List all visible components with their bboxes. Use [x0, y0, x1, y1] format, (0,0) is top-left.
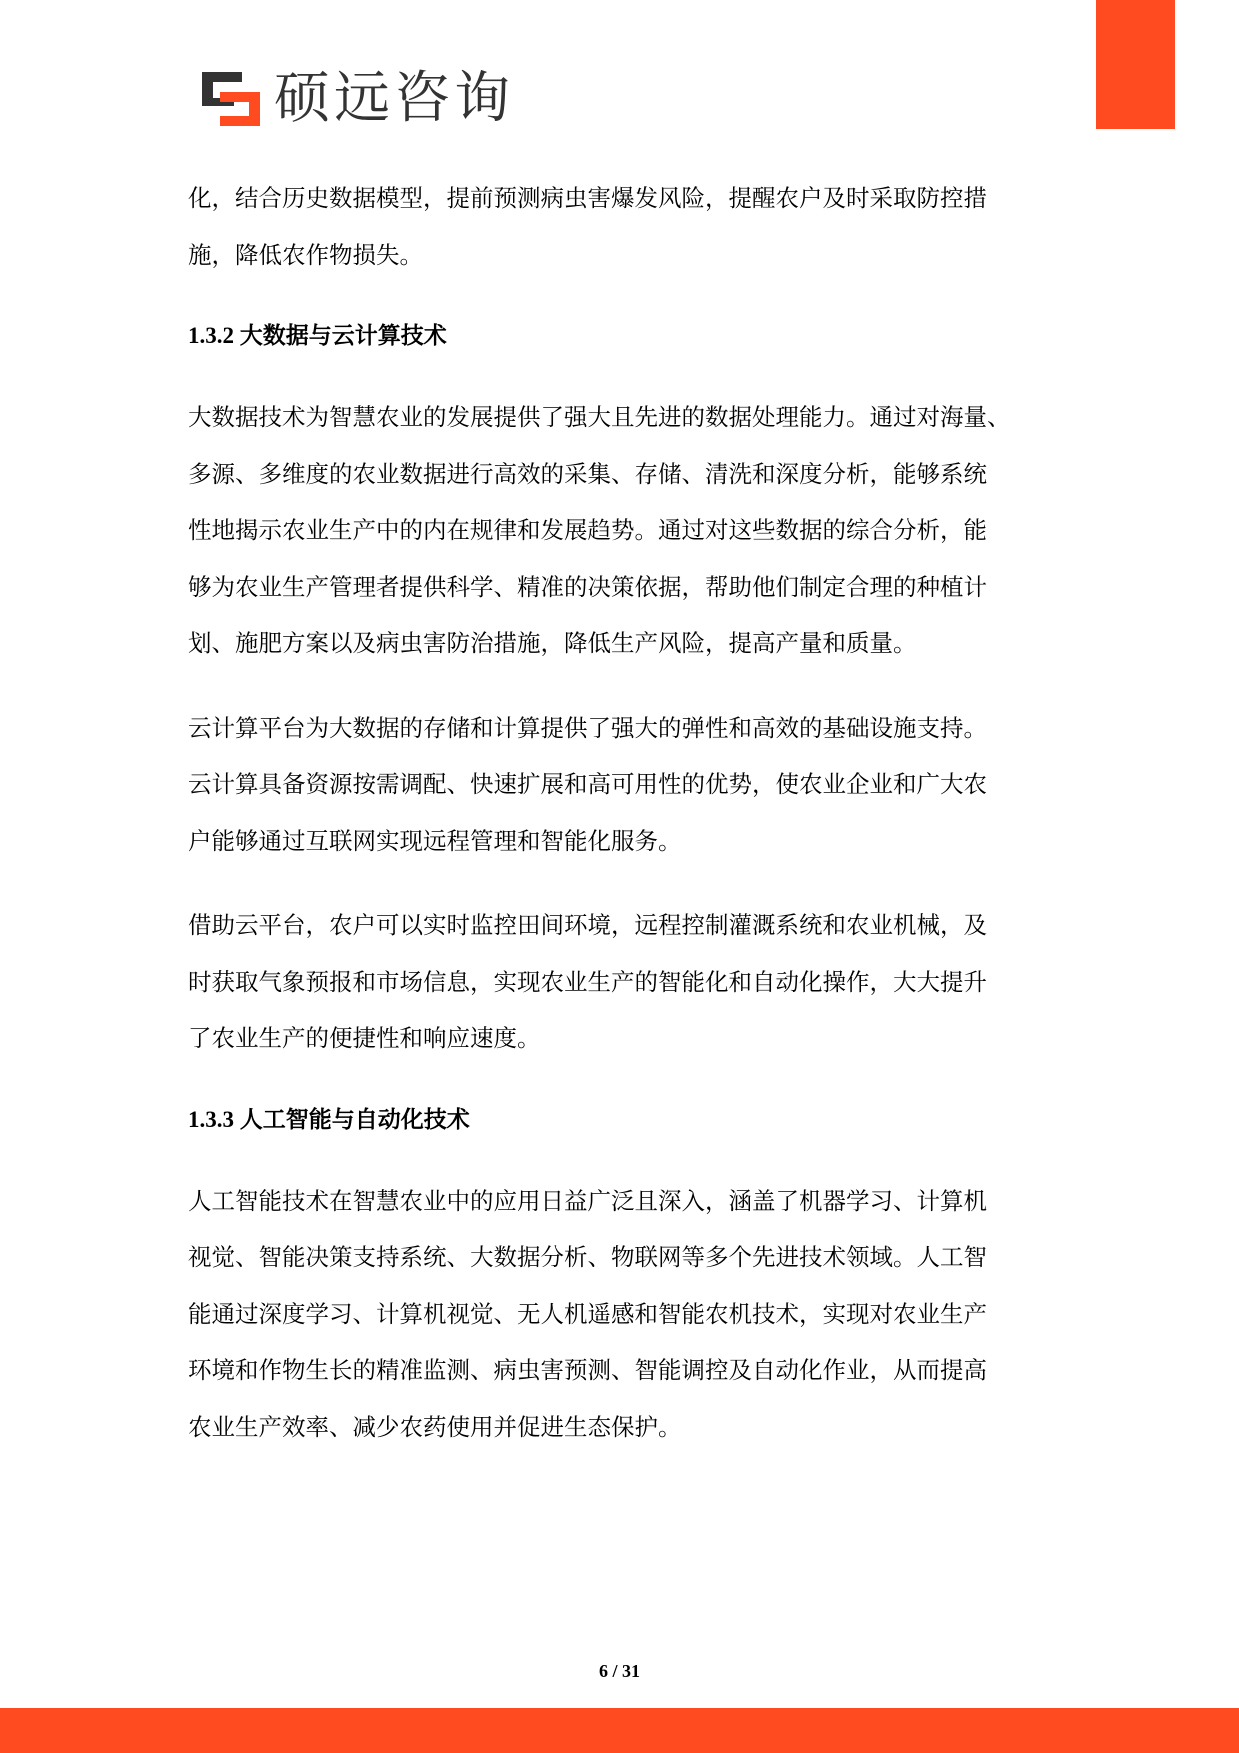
text-line: 够为农业生产管理者提供科学、精准的决策依据，帮助他们制定合理的种植计 — [188, 559, 1048, 616]
logo-mark-icon — [202, 72, 260, 126]
text-line: 大数据技术为智慧农业的发展提供了强大且先进的数据处理能力。通过对海量、 — [188, 389, 1048, 446]
section-heading-1-3-2: 1.3.2 大数据与云计算技术 — [188, 321, 1048, 351]
section-number: 1.3.3 — [188, 1107, 234, 1132]
paragraph: 人工智能技术在智慧农业中的应用日益广泛且深入，涵盖了机器学习、计算机 视觉、智能… — [188, 1173, 1048, 1456]
text-line: 时获取气象预报和市场信息，实现农业生产的智能化和自动化操作，大大提升 — [188, 954, 1048, 1011]
intro-paragraph: 化，结合历史数据模型，提前预测病虫害爆发风险，提醒农户及时采取防控措 施，降低农… — [188, 170, 1048, 283]
text-line: 多源、多维度的农业数据进行高效的采集、存储、清洗和深度分析，能够系统 — [188, 446, 1048, 503]
paragraph: 借助云平台，农户可以实时监控田间环境，远程控制灌溉系统和农业机械，及 时获取气象… — [188, 897, 1048, 1067]
text-line: 了农业生产的便捷性和响应速度。 — [188, 1010, 1048, 1067]
text-line: 云计算平台为大数据的存储和计算提供了强大的弹性和高效的基础设施支持。 — [188, 700, 1048, 757]
section-number: 1.3.2 — [188, 323, 234, 348]
corner-accent-tab — [1096, 0, 1175, 129]
section-title: 大数据与云计算技术 — [240, 323, 447, 349]
page-number: 6 / 31 — [0, 1661, 1239, 1682]
text-line: 户能够通过互联网实现远程管理和智能化服务。 — [188, 813, 1048, 870]
text-line: 施，降低农作物损失。 — [188, 227, 1048, 284]
text-line: 性地揭示农业生产中的内在规律和发展趋势。通过对这些数据的综合分析，能 — [188, 502, 1048, 559]
text-line: 云计算具备资源按需调配、快速扩展和高可用性的优势，使农业企业和广大农 — [188, 756, 1048, 813]
document-body: 化，结合历史数据模型，提前预测病虫害爆发风险，提醒农户及时采取防控措 施，降低农… — [188, 170, 1048, 1455]
text-line: 环境和作物生长的精准监测、病虫害预测、智能调控及自动化作业，从而提高 — [188, 1342, 1048, 1399]
text-line: 化，结合历史数据模型，提前预测病虫害爆发风险，提醒农户及时采取防控措 — [188, 170, 1048, 227]
company-logo: 硕远咨询 — [202, 70, 514, 128]
text-line: 农业生产效率、减少农药使用并促进生态保护。 — [188, 1399, 1048, 1456]
paragraph: 云计算平台为大数据的存储和计算提供了强大的弹性和高效的基础设施支持。 云计算具备… — [188, 700, 1048, 870]
section-heading-1-3-3: 1.3.3 人工智能与自动化技术 — [188, 1105, 1048, 1135]
text-line: 划、施肥方案以及病虫害防治措施，降低生产风险，提高产量和质量。 — [188, 615, 1048, 672]
text-line: 人工智能技术在智慧农业中的应用日益广泛且深入，涵盖了机器学习、计算机 — [188, 1173, 1048, 1230]
section-title: 人工智能与自动化技术 — [240, 1107, 470, 1133]
logo-text: 硕远咨询 — [274, 70, 514, 128]
text-line: 借助云平台，农户可以实时监控田间环境，远程控制灌溉系统和农业机械，及 — [188, 897, 1048, 954]
text-line: 能通过深度学习、计算机视觉、无人机遥感和智能农机技术，实现对农业生产 — [188, 1286, 1048, 1343]
footer-accent-bar — [0, 1708, 1239, 1753]
paragraph: 大数据技术为智慧农业的发展提供了强大且先进的数据处理能力。通过对海量、 多源、多… — [188, 389, 1048, 672]
text-line: 视觉、智能决策支持系统、大数据分析、物联网等多个先进技术领域。人工智 — [188, 1229, 1048, 1286]
